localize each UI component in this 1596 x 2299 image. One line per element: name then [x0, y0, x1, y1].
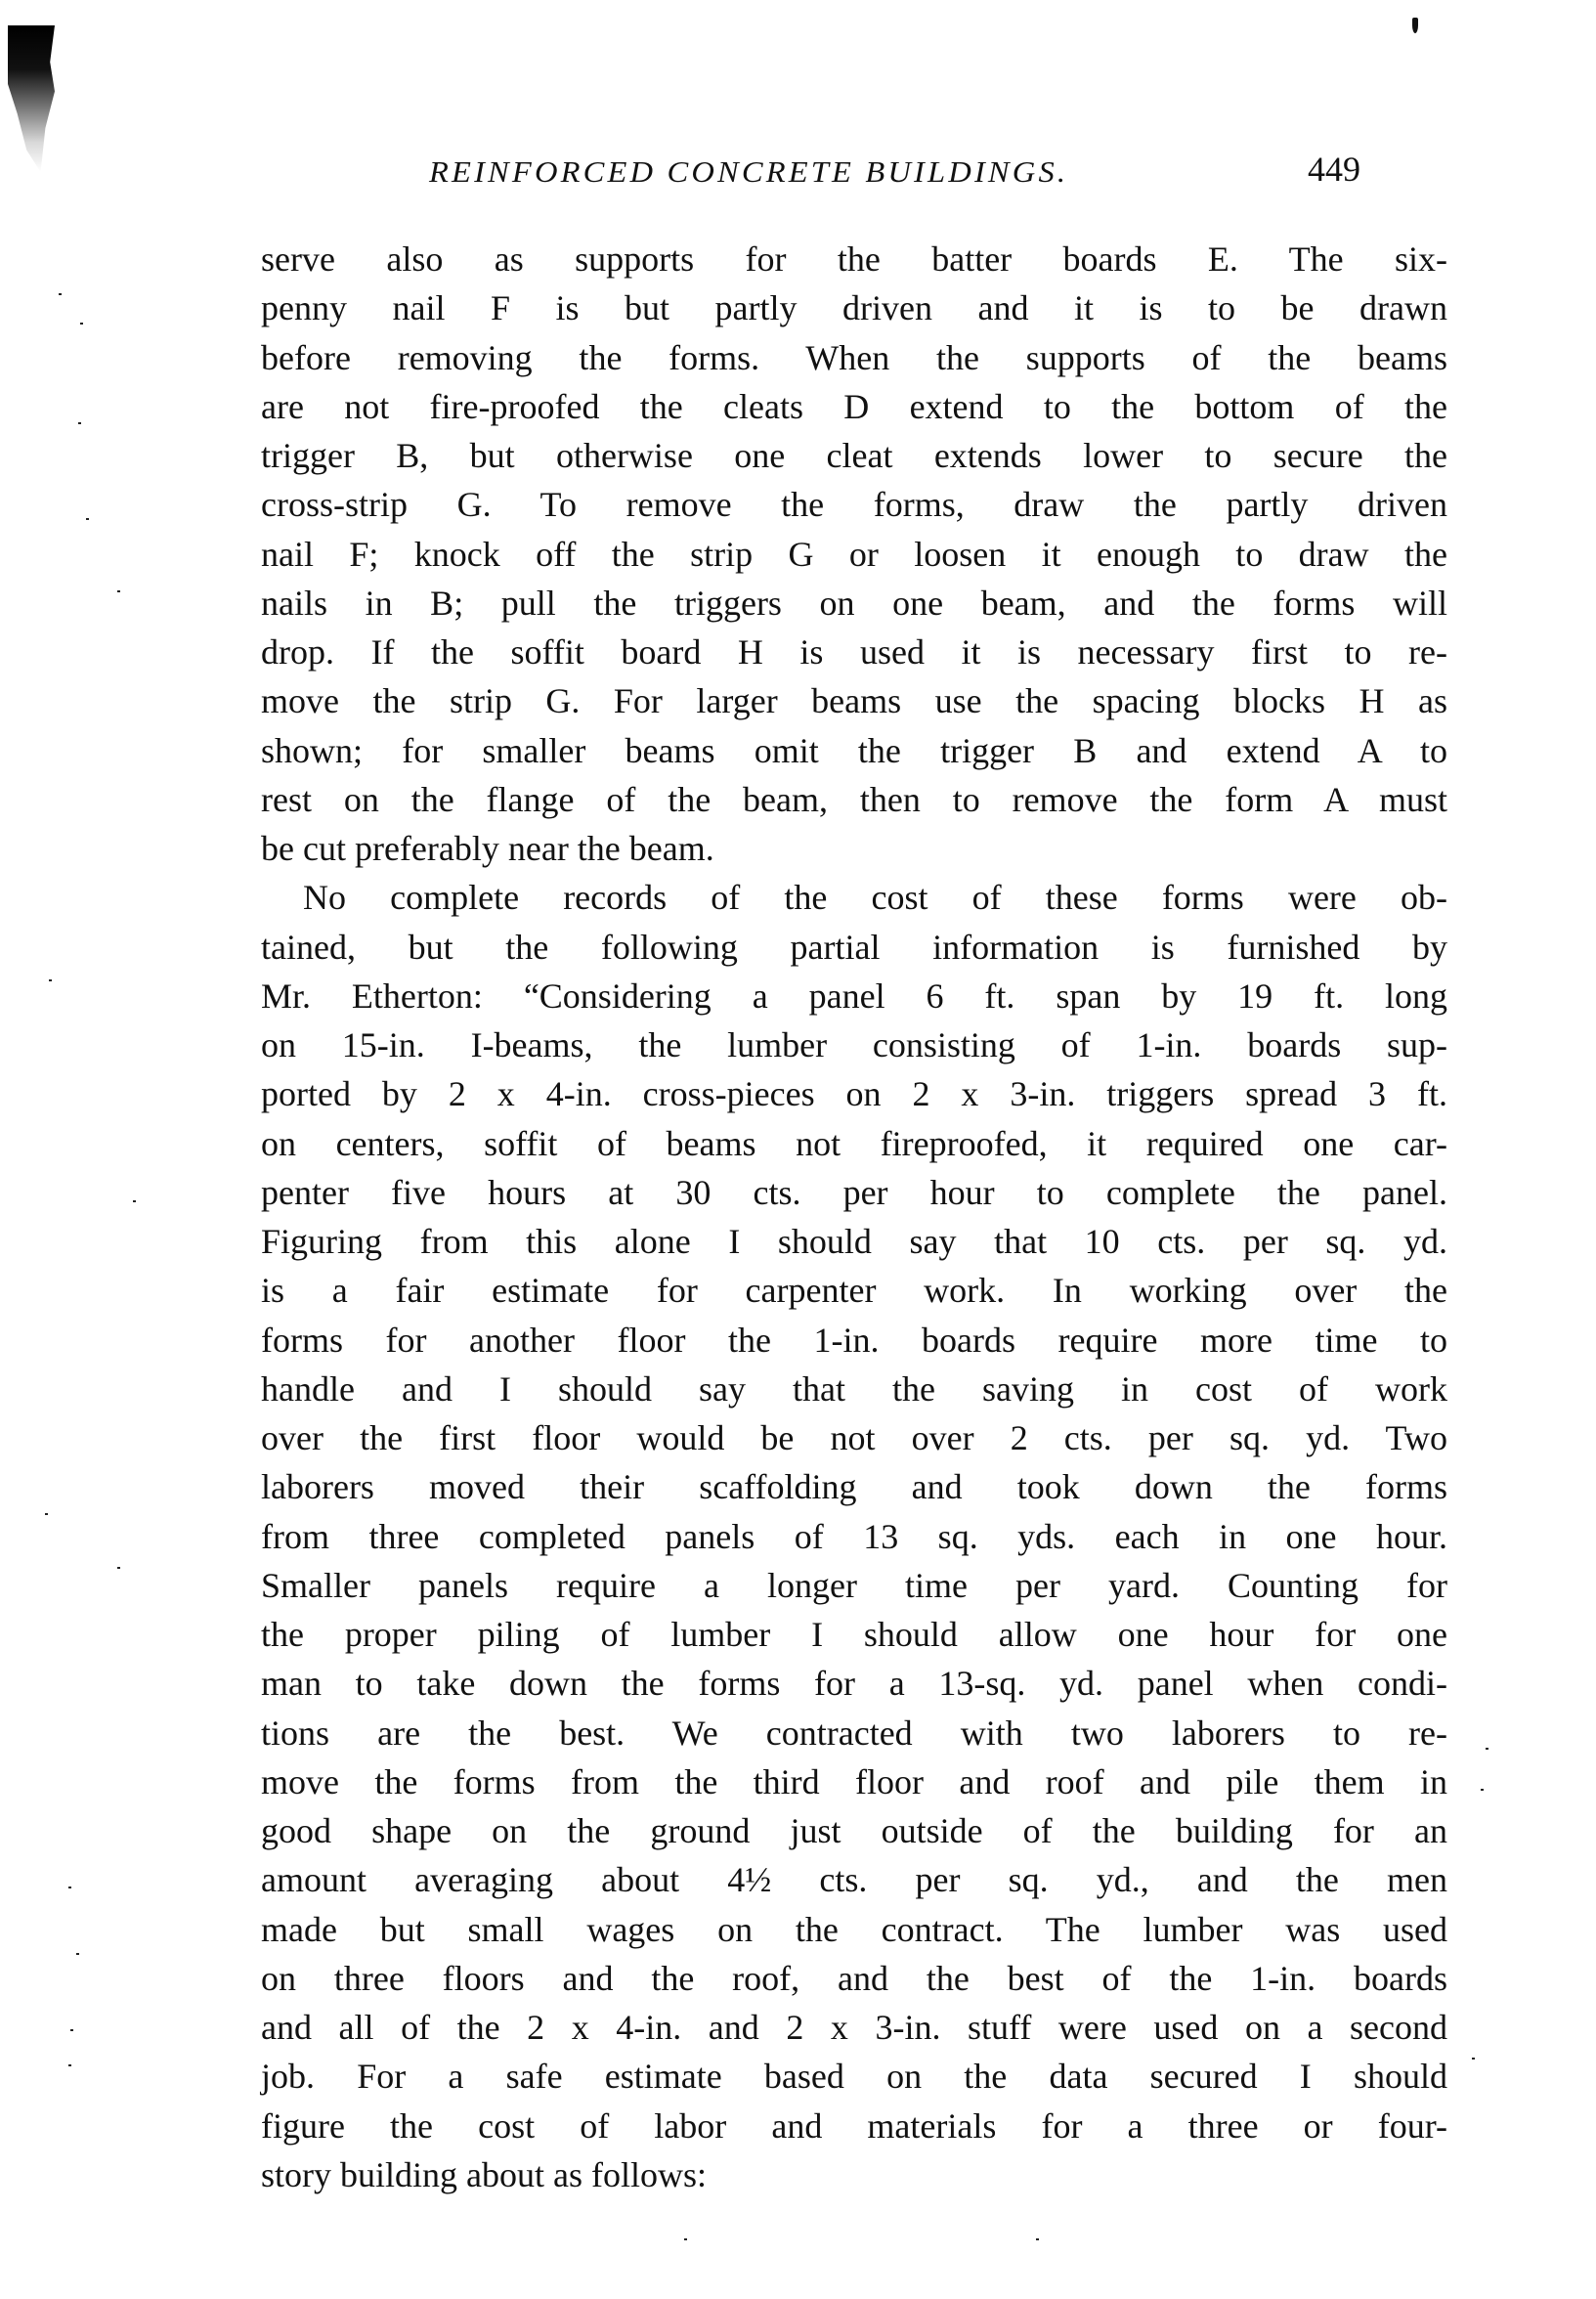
scan-speck [1472, 2058, 1475, 2060]
text-line: amount averaging about 4½ cts. per sq. y… [261, 1855, 1447, 1904]
text-line: Figuring from this alone I should say th… [261, 1217, 1447, 1266]
scan-speck [86, 518, 89, 520]
text-line: nail F; knock off the strip G or loosen … [261, 530, 1447, 579]
scan-speck [68, 1887, 71, 1888]
text-line: the proper piling of lumber I should all… [261, 1610, 1447, 1659]
scan-speck [45, 1513, 48, 1515]
text-line: before removing the forms. When the supp… [261, 333, 1447, 382]
scan-speck [70, 2029, 73, 2031]
text-line: cross-strip G. To remove the forms, draw… [261, 480, 1447, 529]
text-line: job. For a safe estimate based on the da… [261, 2052, 1447, 2101]
text-line: and all of the 2 x 4-in. and 2 x 3-in. s… [261, 2003, 1447, 2052]
text-line: from three completed panels of 13 sq. yd… [261, 1512, 1447, 1561]
text-line: figure the cost of labor and materials f… [261, 2102, 1447, 2150]
paragraph-continued: serve also as supports for the batter bo… [261, 235, 1447, 873]
text-line: move the forms from the third floor and … [261, 1757, 1447, 1806]
scan-speck [117, 590, 120, 592]
scan-speck [78, 422, 81, 424]
page-header: REINFORCED CONCRETE BUILDINGS. 449 [0, 147, 1596, 186]
body-text: serve also as supports for the batter bo… [261, 235, 1447, 2199]
text-line: are not fire-proofed the cleats D extend… [261, 382, 1447, 431]
text-line: serve also as supports for the batter bo… [261, 235, 1447, 283]
text-line: trigger B, but otherwise one cleat exten… [261, 431, 1447, 480]
text-line: good shape on the ground just outside of… [261, 1806, 1447, 1855]
text-line: is a fair estimate for carpenter work. I… [261, 1266, 1447, 1315]
scan-speck [76, 1953, 79, 1955]
scan-speck [49, 979, 52, 981]
text-line: tions are the best. We contracted with t… [261, 1709, 1447, 1757]
scan-speck [133, 1200, 136, 1202]
text-line: on three floors and the roof, and the be… [261, 1954, 1447, 2003]
running-head: REINFORCED CONCRETE BUILDINGS. [429, 154, 1068, 190]
scan-speck [1486, 1748, 1488, 1750]
text-line: on 15-in. I-beams, the lumber consisting… [261, 1020, 1447, 1069]
text-line: Mr. Etherton: “Considering a panel 6 ft.… [261, 972, 1447, 1020]
text-line: made but small wages on the contract. Th… [261, 1905, 1447, 1954]
scan-speck [1481, 1789, 1484, 1791]
scan-speck [68, 2064, 71, 2066]
text-line: penny nail F is but partly driven and it… [261, 283, 1447, 332]
text-line: forms for another floor the 1-in. boards… [261, 1316, 1447, 1365]
text-line: tained, but the following partial inform… [261, 923, 1447, 972]
text-line: be cut preferably near the beam. [261, 824, 1447, 873]
text-line: drop. If the soffit board H is used it i… [261, 628, 1447, 676]
text-line: story building about as follows: [261, 2150, 1447, 2199]
scan-ink-mark [1412, 18, 1418, 33]
text-line: No complete records of the cost of these… [261, 873, 1447, 922]
text-line: Smaller panels require a longer time per… [261, 1561, 1447, 1610]
page-number: 449 [1308, 149, 1360, 190]
scan-speck [59, 293, 62, 295]
scan-speck [684, 2238, 687, 2240]
paragraph-etherton-quote: No complete records of the cost of these… [261, 873, 1447, 2199]
text-line: penter five hours at 30 cts. per hour to… [261, 1168, 1447, 1217]
text-line: shown; for smaller beams omit the trigge… [261, 726, 1447, 775]
scan-speck [1036, 2238, 1039, 2240]
text-line: nails in B; pull the triggers on one bea… [261, 579, 1447, 628]
scanned-book-page: REINFORCED CONCRETE BUILDINGS. 449 serve… [0, 0, 1596, 2299]
text-line: laborers moved their scaffolding and too… [261, 1462, 1447, 1511]
text-line: man to take down the forms for a 13-sq. … [261, 1659, 1447, 1708]
scan-speck [117, 1567, 120, 1569]
text-line: on centers, soffit of beams not fireproo… [261, 1119, 1447, 1168]
text-line: handle and I should say that the saving … [261, 1365, 1447, 1413]
scan-speck [80, 323, 83, 325]
text-line: over the first floor would be not over 2… [261, 1413, 1447, 1462]
text-line: move the strip G. For larger beams use t… [261, 676, 1447, 725]
text-line: ported by 2 x 4-in. cross-pieces on 2 x … [261, 1069, 1447, 1118]
text-line: rest on the flange of the beam, then to … [261, 775, 1447, 824]
